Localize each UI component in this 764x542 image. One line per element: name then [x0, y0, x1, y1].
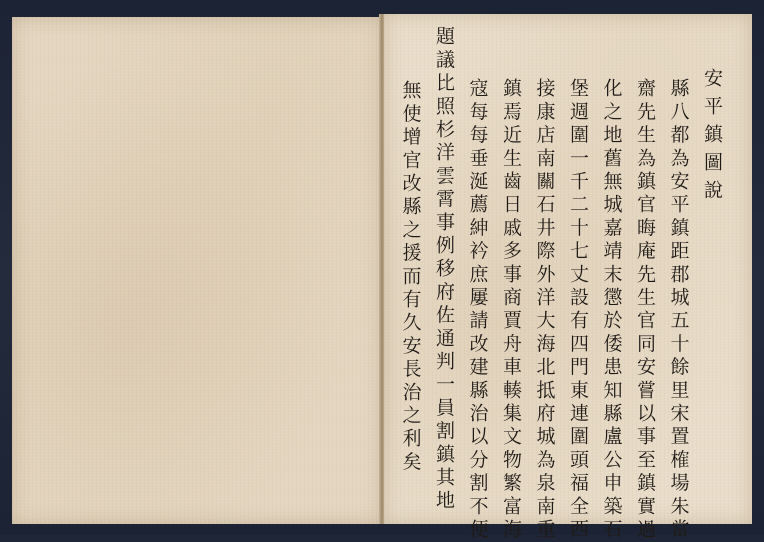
text-column-2: 齋先生為鎮官晦庵先生官同安嘗以事至鎮實過	[628, 38, 662, 518]
text-column-3: 化之地舊無城嘉靖末懲於倭患知縣盧公申築石	[594, 38, 628, 518]
text-column-1: 縣八都為安平鎮距郡城五十餘里宋置榷場朱當	[661, 38, 695, 518]
text-column-5: 接康店南關石井際外洋大海北抵府城為泉南重	[527, 38, 561, 518]
left-page-blank	[12, 17, 382, 524]
right-page: 安平鎮圖說 縣八都為安平鎮距郡城五十餘里宋置榷場朱當 齋先生為鎮官晦庵先生官同安…	[384, 14, 752, 524]
document-title: 安平鎮圖說	[695, 38, 729, 518]
text-columns: 安平鎮圖說 縣八都為安平鎮距郡城五十餘里宋置榷場朱當 齋先生為鎮官晦庵先生官同安…	[393, 38, 728, 518]
text-column-8-elevated: 題議比照杉洋雲霄事例移府佐通判一員割鎮其地	[427, 26, 461, 518]
text-column-6: 鎮焉近生齒日戚多事商賈舟車輳集文物繁富海	[494, 38, 528, 518]
text-column-7: 寇每每垂涎薦紳衿庶屢請改建縣治以分割不便	[460, 38, 494, 518]
text-column-4: 堡週圍一千二十七丈設有四門東連圍頭福全西	[561, 38, 595, 518]
text-column-9: 無使增官改縣之援而有久安長治之利矣	[393, 38, 427, 518]
